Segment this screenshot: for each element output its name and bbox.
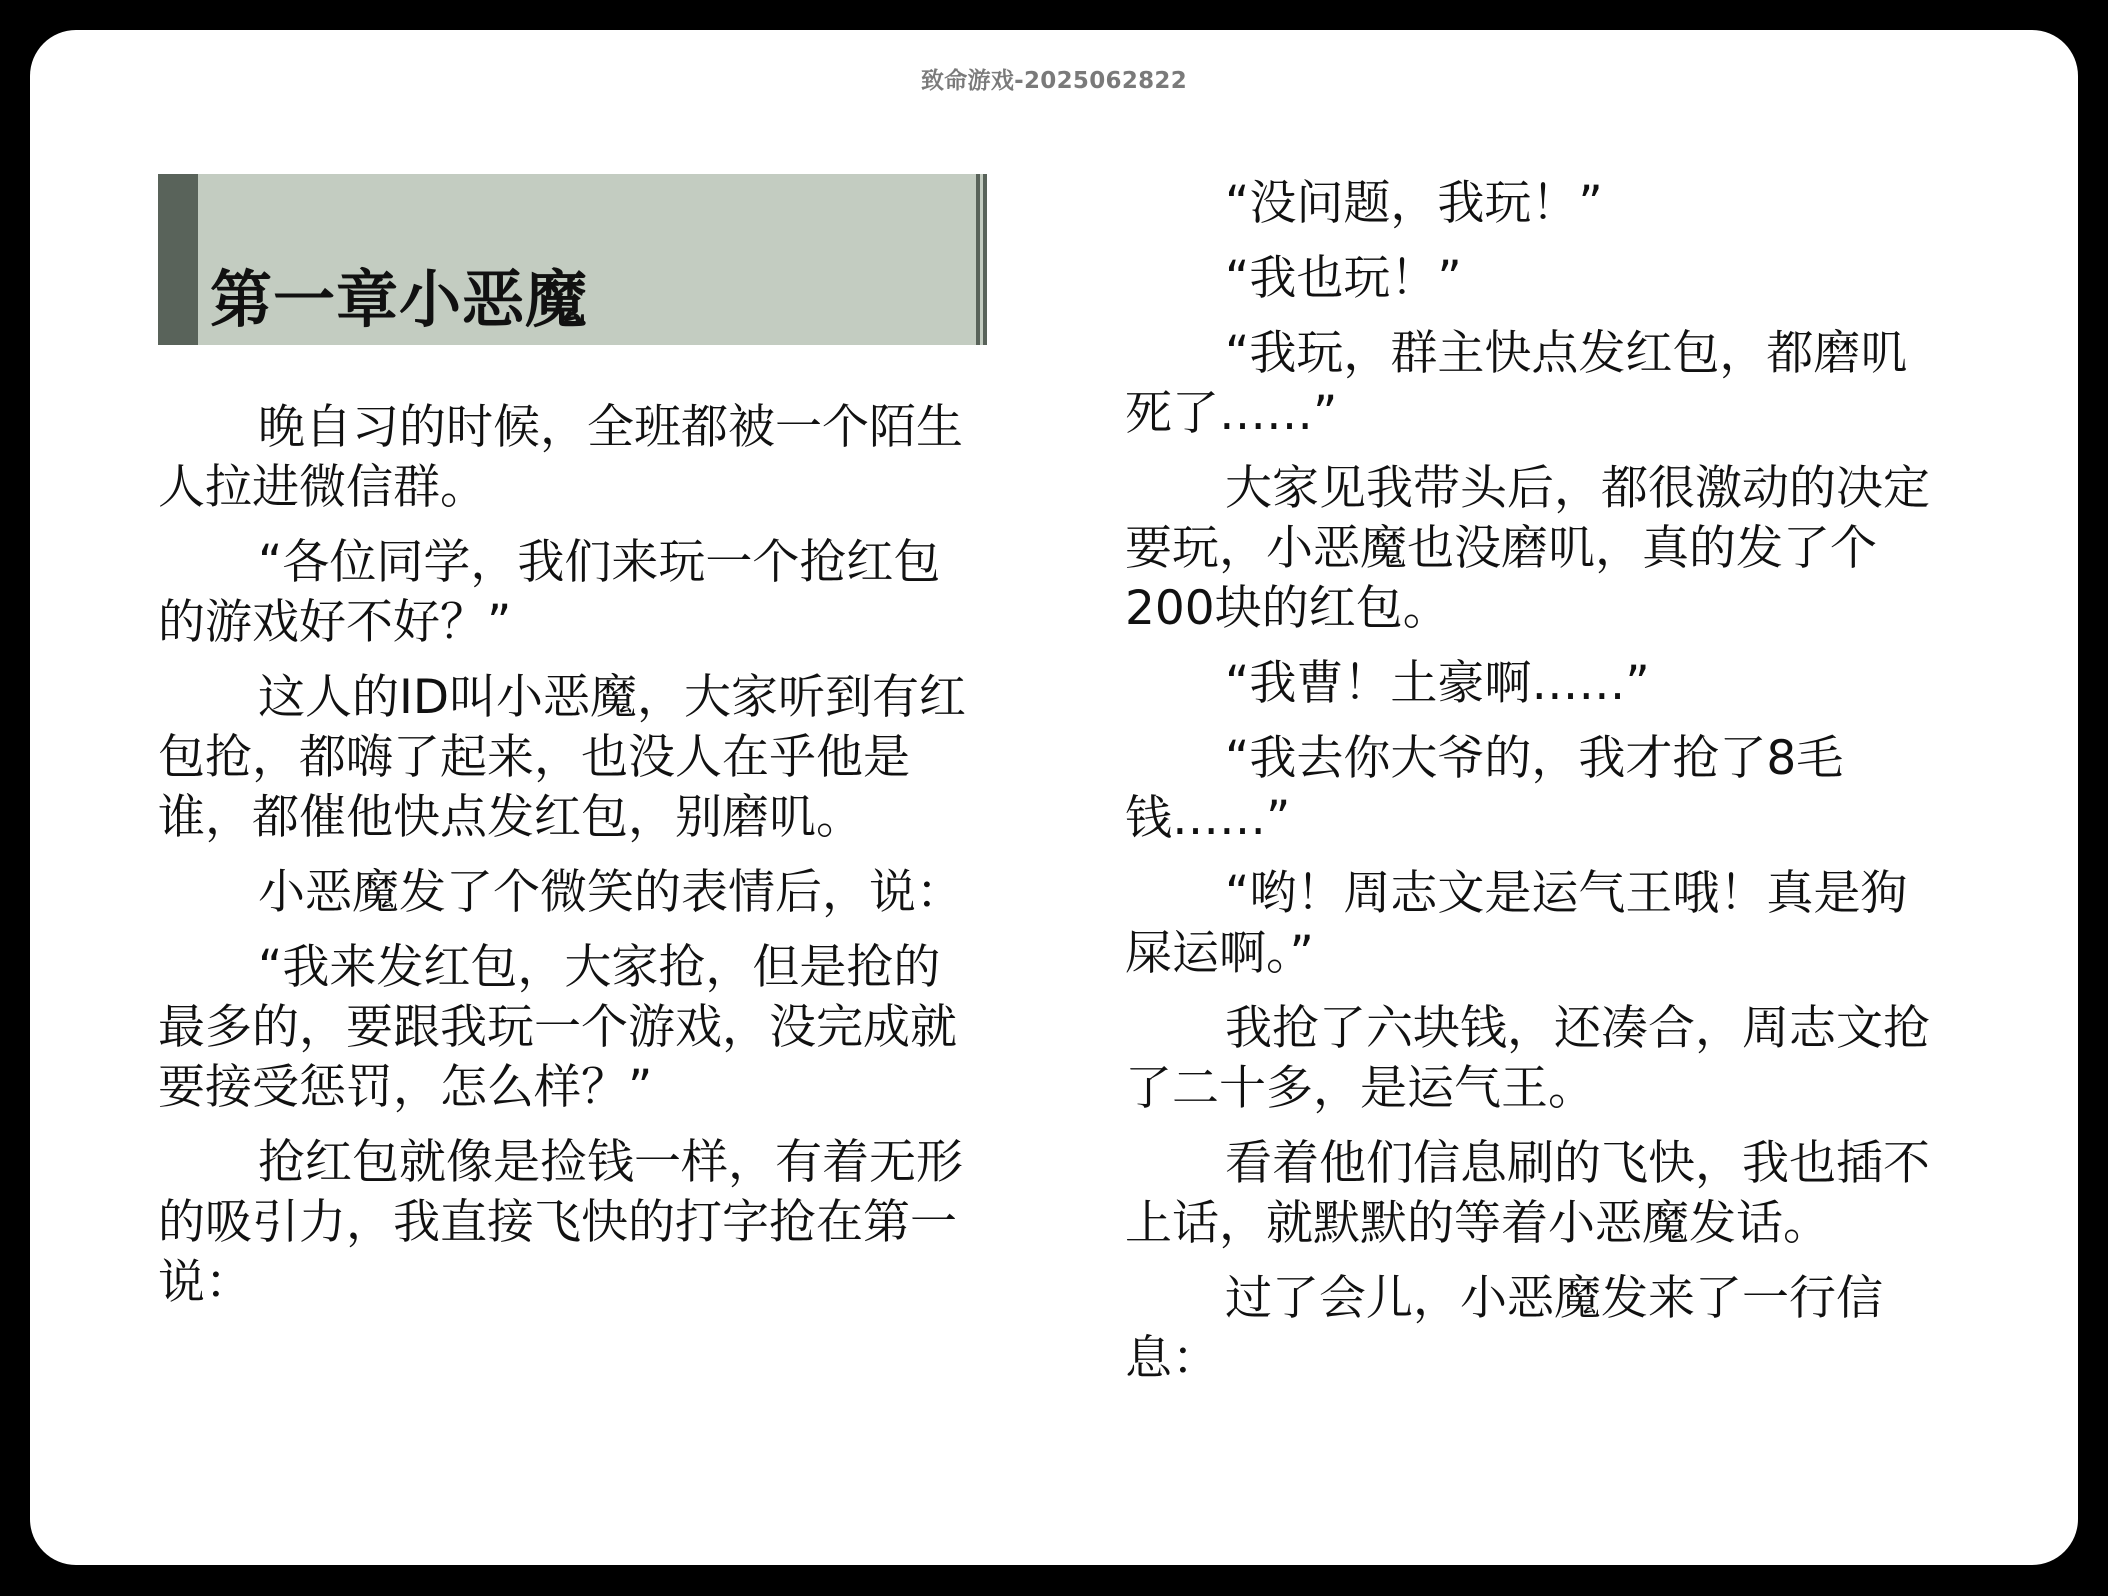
paragraph: “我去你大爷的，我才抢了8毛钱……”: [1125, 729, 1935, 849]
paragraph: 这人的ID叫小恶魔，大家听到有红包抢，都嗨了起来，也没人在乎他是谁，都催他快点发…: [158, 668, 968, 848]
chapter-header-edge-line: [983, 174, 987, 345]
paragraph: 看着他们信息刷的飞快，我也插不上话，就默默的等着小恶魔发话。: [1125, 1134, 1935, 1254]
paragraph: “哟！周志文是运气王哦！真是狗屎运啊。”: [1125, 864, 1935, 984]
paragraph: “我来发红包，大家抢，但是抢的最多的，要跟我玩一个游戏，没完成就要接受惩罚，怎么…: [158, 938, 968, 1118]
paragraph: 晚自习的时候，全班都被一个陌生人拉进微信群。: [158, 398, 968, 518]
paragraph: 小恶魔发了个微笑的表情后，说：: [158, 863, 968, 923]
document-page: 致命游戏-2025062822 第一章小恶魔 晚自习的时候，全班都被一个陌生人拉…: [30, 30, 2078, 1565]
chapter-header-accent-bar: [158, 174, 198, 345]
chapter-header-edge-line: [976, 174, 980, 345]
paragraph: “各位同学，我们来玩一个抢红包的游戏好不好？”: [158, 533, 968, 653]
paragraph: “我曹！土豪啊……”: [1125, 654, 1935, 714]
paragraph: 大家见我带头后，都很激动的决定要玩，小恶魔也没磨叽，真的发了个200块的红包。: [1125, 459, 1935, 639]
chapter-title: 第一章小恶魔: [210, 264, 588, 336]
document-title: 致命游戏-2025062822: [30, 66, 2078, 96]
paragraph: “我也玩！”: [1125, 249, 1935, 309]
paragraph: “我玩，群主快点发红包，都磨叽死了……”: [1125, 324, 1935, 444]
paragraph: 我抢了六块钱，还凑合，周志文抢了二十多，是运气王。: [1125, 999, 1935, 1119]
paragraph: “没问题，我玩！”: [1125, 174, 1935, 234]
chapter-header: 第一章小恶魔: [158, 174, 987, 345]
paragraph: 过了会儿，小恶魔发来了一行信息：: [1125, 1269, 1935, 1389]
paragraph: 抢红包就像是捡钱一样，有着无形的吸引力，我直接飞快的打字抢在第一说：: [158, 1133, 968, 1313]
